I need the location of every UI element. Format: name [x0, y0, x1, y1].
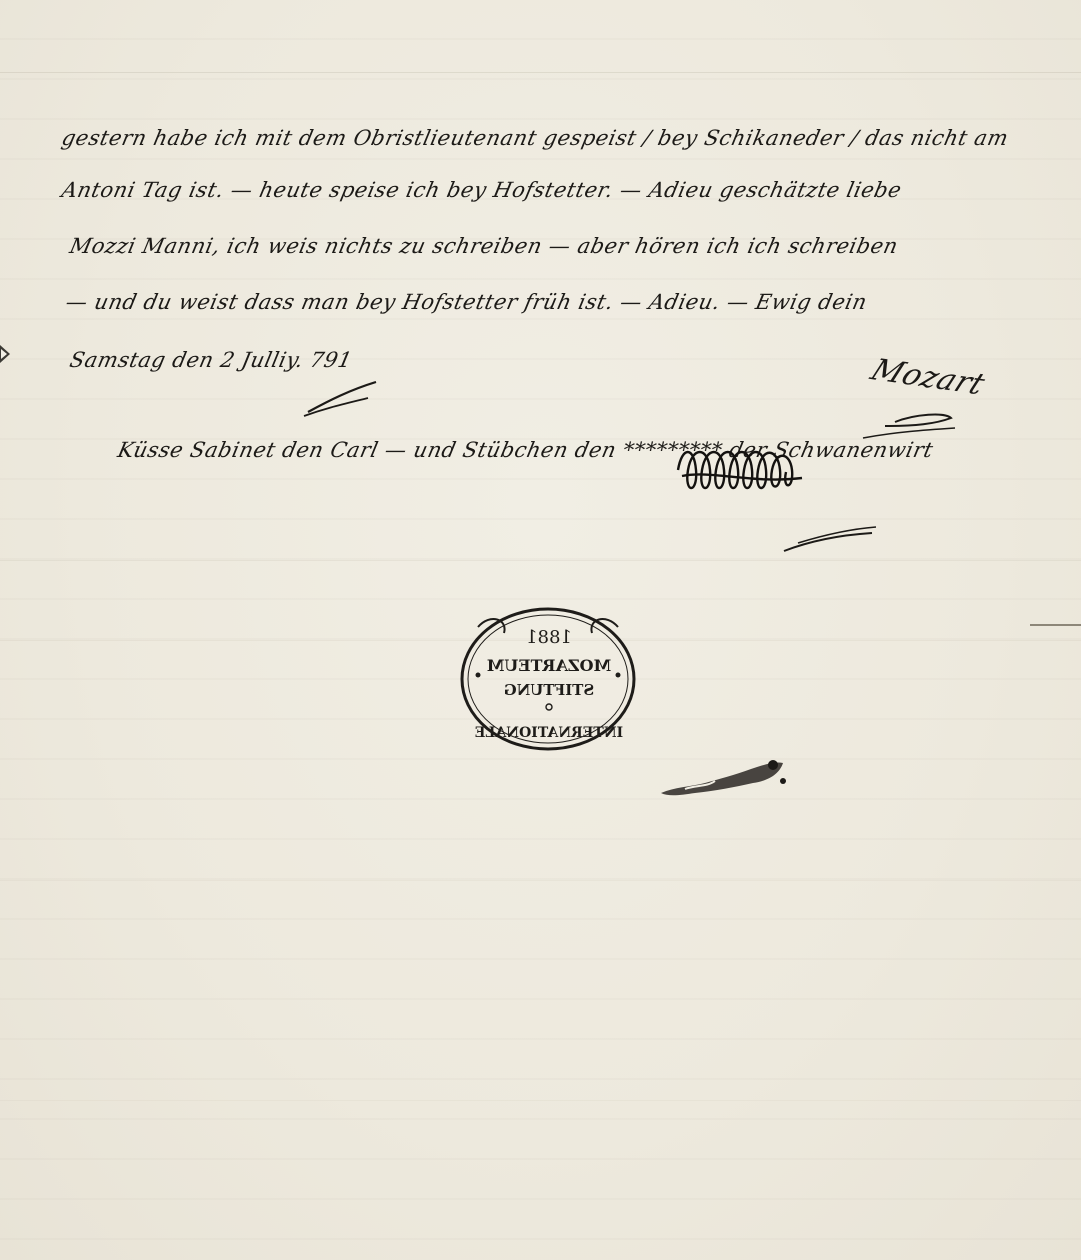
letter-line-3: Mozzi Manni, ich weis nichts zu schreibe… [68, 236, 900, 257]
signature: Mozart [865, 353, 990, 402]
margin-triangle-mark [0, 345, 10, 363]
stamp-year: 1881 [526, 627, 572, 648]
library-stamp: 1881 MOZARTEUM STIFTUNG INTERNATIONALE [456, 603, 641, 755]
stamp-line-internationale: INTERNATIONALE [475, 725, 623, 741]
letter-line-4: — und du weist dass man bey Hofstetter f… [64, 292, 869, 313]
dateline: Samstag den 2 Julliy. 791 [68, 350, 354, 371]
ruled-line [0, 560, 1081, 561]
page-fold-line [0, 72, 1081, 73]
showthrough-text: ⁠ [200, 560, 201, 575]
dateline-flourish [300, 378, 380, 418]
ruled-line [0, 880, 1081, 881]
ruled-line [0, 1100, 1081, 1101]
ink-smudge [655, 755, 790, 800]
letter-page: gestern habe ich mit dem Obristlieutenan… [0, 0, 1081, 1260]
postscript-flourish [780, 515, 880, 555]
letter-line-1: gestern habe ich mit dem Obristlieutenan… [60, 128, 1010, 149]
stamp-line-stiftung: STIFTUNG [504, 681, 594, 699]
crossed-out-word-scribble [672, 440, 817, 502]
margin-line-mark [1030, 624, 1081, 626]
stamp-line-mozarteum: MOZARTEUM [487, 656, 612, 675]
letter-line-2: Antoni Tag ist. — heute speise ich bey H… [60, 180, 904, 201]
